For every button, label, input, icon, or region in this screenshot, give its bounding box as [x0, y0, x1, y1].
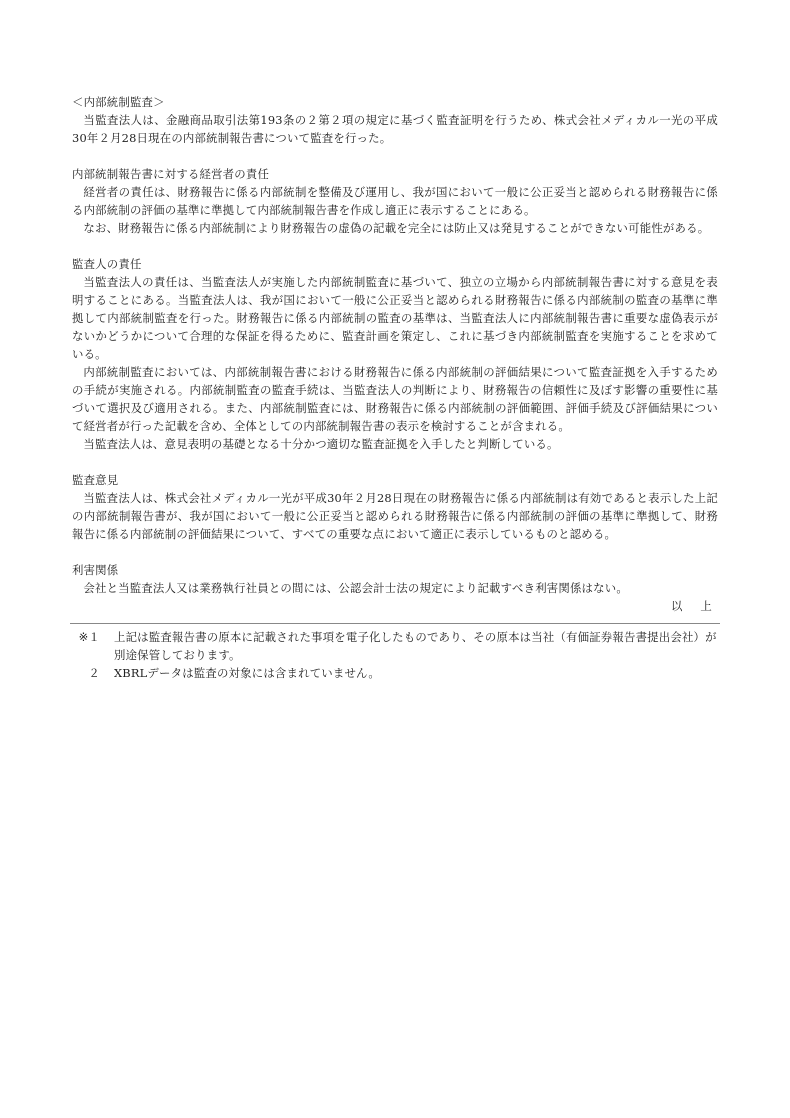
- paragraph: 当監査法人の責任は、当監査法人が実施した内部統制監査に基づいて、独立の立場から内…: [72, 273, 718, 363]
- intro-paragraph: 当監査法人は、金融商品取引法第193条の２第２項の規定に基づく監査証明を行うため…: [72, 111, 718, 147]
- footnote-item: ※１ 上記は監査報告書の原本に記載された事項を電子化したものであり、その原本は当…: [72, 628, 718, 664]
- section-interests: 利害関係 会社と当監査法人又は業務執行社員との間には、公認会計士法の規定により記…: [72, 561, 718, 615]
- footnote-divider: [70, 623, 720, 624]
- footnote-text: XBRLデータは監査の対象には含まれていません。: [114, 664, 718, 682]
- section-heading: 監査人の責任: [72, 255, 718, 273]
- section-heading: 利害関係: [72, 561, 718, 579]
- section-heading: 内部統制報告書に対する経営者の責任: [72, 165, 718, 183]
- section-management-responsibility: 内部統制報告書に対する経営者の責任 経営者の責任は、財務報告に係る内部統制を整備…: [72, 165, 718, 237]
- closing-mark: 以 上: [72, 597, 718, 615]
- footnote-mark: ２: [72, 664, 114, 682]
- audit-report-page: ＜内部統制監査＞ 当監査法人は、金融商品取引法第193条の２第２項の規定に基づく…: [72, 93, 718, 682]
- document-title: ＜内部統制監査＞: [72, 93, 718, 111]
- paragraph: 経営者の責任は、財務報告に係る内部統制を整備及び運用し、我が国において一般に公正…: [72, 183, 718, 219]
- paragraph: 当監査法人は、株式会社メディカル一光が平成30年２月28日現在の財務報告に係る内…: [72, 489, 718, 543]
- footnote-mark: ※１: [72, 628, 114, 664]
- paragraph: なお、財務報告に係る内部統制により財務報告の虚偽の記載を完全には防止又は発見する…: [72, 219, 718, 237]
- footnote-text: 上記は監査報告書の原本に記載された事項を電子化したものであり、その原本は当社（有…: [114, 628, 718, 664]
- footnote-list: ※１ 上記は監査報告書の原本に記載された事項を電子化したものであり、その原本は当…: [72, 628, 718, 682]
- footnote-item: ２ XBRLデータは監査の対象には含まれていません。: [72, 664, 718, 682]
- section-heading: 監査意見: [72, 471, 718, 489]
- section-auditor-responsibility: 監査人の責任 当監査法人の責任は、当監査法人が実施した内部統制監査に基づいて、独…: [72, 255, 718, 453]
- paragraph: 会社と当監査法人又は業務執行社員との間には、公認会計士法の規定により記載すべき利…: [72, 579, 718, 597]
- paragraph: 内部統制監査においては、内部統制報告書における財務報告に係る内部統制の評価結果に…: [72, 363, 718, 435]
- section-internal-control-audit: ＜内部統制監査＞ 当監査法人は、金融商品取引法第193条の２第２項の規定に基づく…: [72, 93, 718, 147]
- paragraph: 当監査法人は、意見表明の基礎となる十分かつ適切な監査証拠を入手したと判断している…: [72, 435, 718, 453]
- section-audit-opinion: 監査意見 当監査法人は、株式会社メディカル一光が平成30年２月28日現在の財務報…: [72, 471, 718, 543]
